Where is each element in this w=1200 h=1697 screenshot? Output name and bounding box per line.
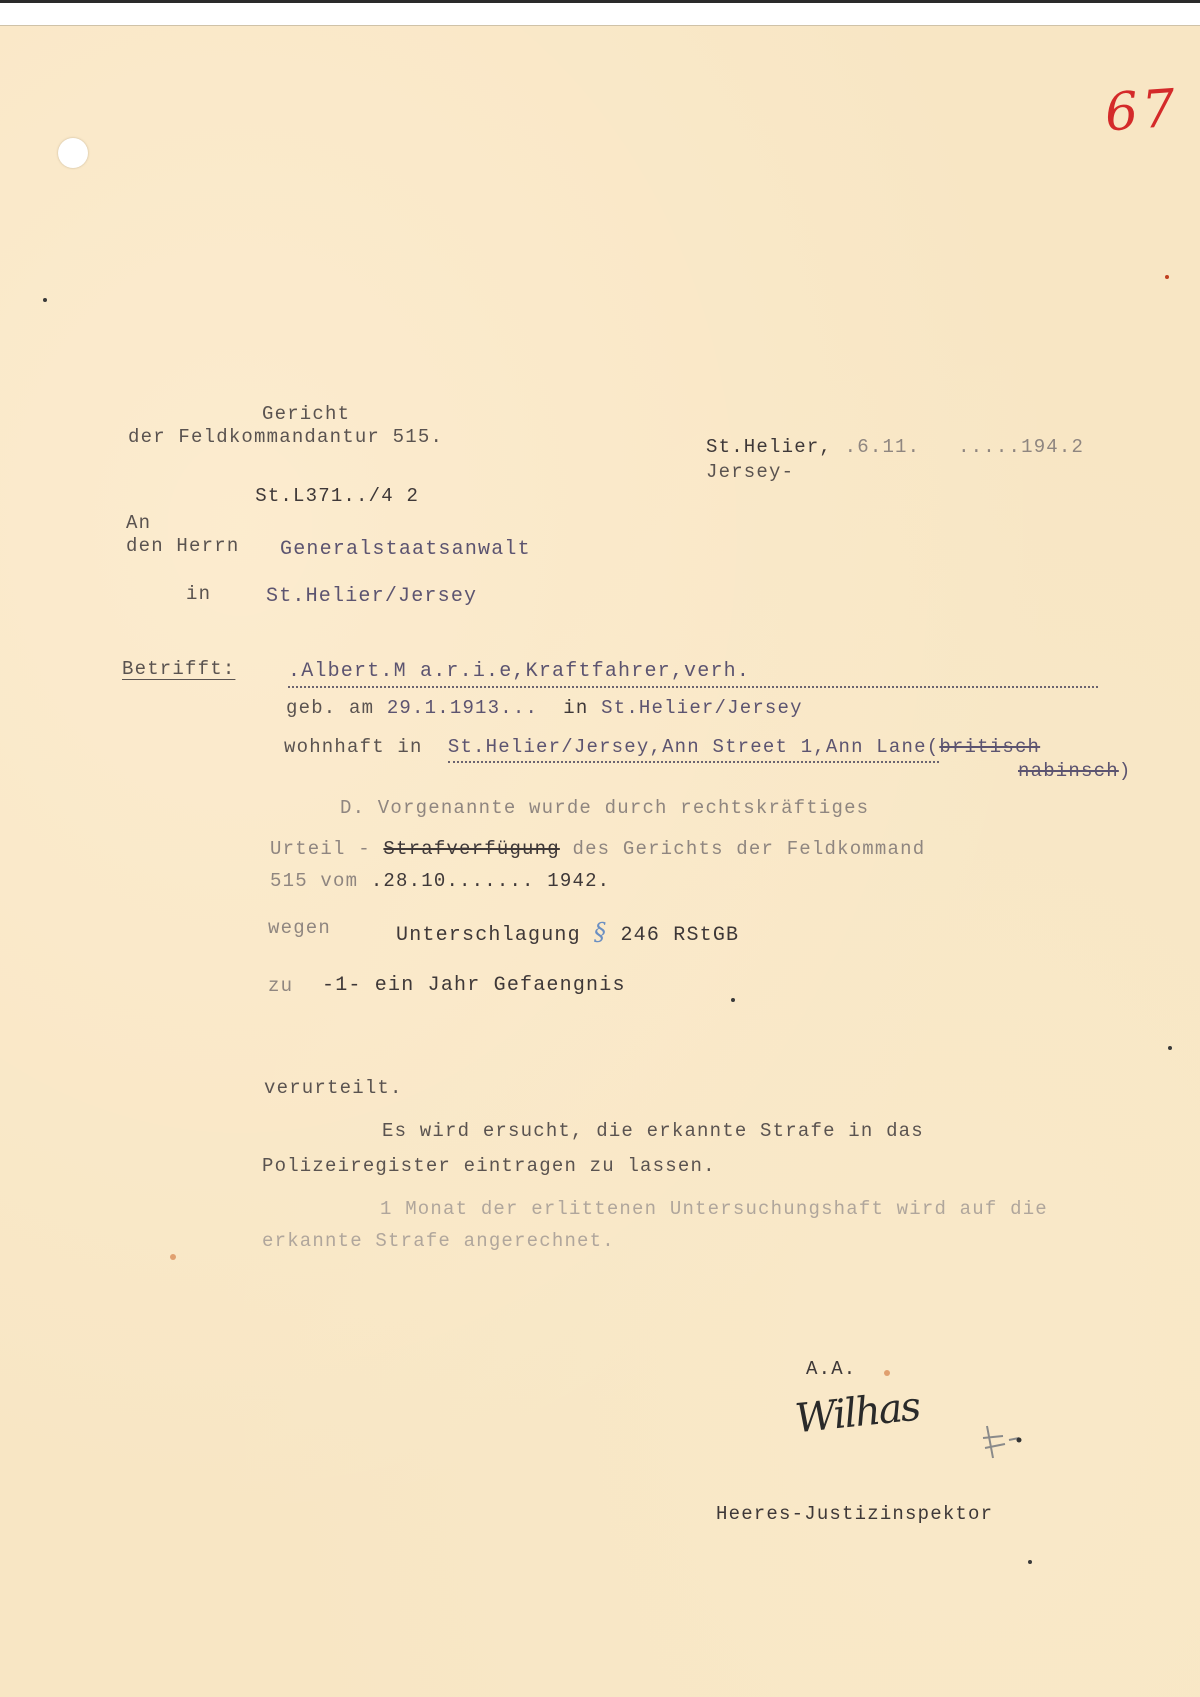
judgment-year: 1942.	[535, 870, 611, 892]
residence-struck-1: britisch	[939, 736, 1040, 758]
offense-text: Unterschlagung	[396, 924, 581, 947]
recipient-an: An	[126, 512, 151, 534]
date-day-month: .6.11.	[845, 436, 921, 458]
body-line2: Urteil - Strafverfügung des Gerichts der…	[270, 838, 925, 860]
residence-address: St.Helier/Jersey,Ann Street 1,Ann Lane(	[448, 736, 939, 763]
signatory-title: Heeres-Justizinspektor	[716, 1503, 993, 1525]
struck-strafverfuegung: Strafverfügung	[383, 838, 559, 860]
body-line3: 515 vom .28.10....... 1942.	[270, 870, 610, 892]
request-line1: Es wird ersucht, die erkannte Strafe in …	[382, 1120, 924, 1142]
date-year: 194.2	[1021, 436, 1084, 458]
born-date: 29.1.1913...	[387, 697, 538, 719]
folio-number: 67	[1103, 78, 1181, 143]
residence-label: wohnhaft in	[284, 736, 423, 758]
recipient-in-label: in	[186, 583, 211, 605]
born-in-label: in	[563, 697, 588, 719]
date-line: St.Helier, .6.11. .....194.2	[706, 436, 1084, 458]
court-name-line1: Gericht	[262, 403, 350, 425]
signature-aa: A.A.	[806, 1358, 856, 1380]
born-label: geb. am	[286, 697, 374, 719]
born-place: St.Helier/Jersey	[601, 697, 803, 719]
paper-speck	[731, 998, 735, 1002]
offense-row: Unterschlagung § 246 RStGB	[396, 918, 739, 947]
sentence-text: -1- ein Jahr Gefaengnis	[322, 974, 626, 997]
line2-prefix: Urteil -	[270, 838, 383, 860]
subject-label: Betrifft:	[122, 658, 235, 680]
place-line2: Jersey-	[706, 461, 794, 483]
judgment-date: .28.10.......	[371, 870, 535, 892]
born-row: geb. am 29.1.1913... in St.Helier/Jersey	[286, 697, 803, 719]
subject-name-line: .Albert.M a.r.i.e,Kraftfahrer,verh.	[288, 660, 1098, 688]
paper-speck	[170, 1254, 176, 1260]
statute-text: 246 RStGB	[620, 924, 739, 947]
recipient-den-herrn: den Herrn	[126, 535, 239, 557]
residence-struck-2: nabinsch	[1018, 760, 1119, 782]
paper-speck	[1028, 1560, 1032, 1564]
scan-top-edge	[0, 0, 1200, 3]
line3-prefix: 515 vom	[270, 870, 371, 892]
residence-close-paren: )	[1119, 760, 1132, 782]
credit-line1: 1 Monat der erlittenen Untersuchungshaft…	[380, 1198, 1048, 1220]
paper-speck	[43, 298, 47, 302]
place-text: St.Helier,	[706, 436, 832, 458]
court-name-line2: der Feldkommandantur 515.	[128, 426, 443, 448]
paragraph-sign: §	[594, 918, 607, 946]
date-dots: .....	[958, 436, 1021, 458]
body-line1: D. Vorgenannte wurde durch rechtskräftig…	[340, 797, 869, 819]
paper-speck	[884, 1370, 890, 1376]
reference-text: St.L371../4 2	[255, 485, 419, 507]
line2-suffix: des Gerichts der Feldkommand	[560, 838, 925, 860]
residence-line2: nabinsch)	[1018, 760, 1131, 782]
paper-speck	[1165, 275, 1169, 279]
request-line2: Polizeiregister eintragen zu lassen.	[262, 1155, 716, 1177]
reference-number: St.L371../4 2	[230, 463, 419, 507]
wegen-label: wegen	[268, 917, 331, 939]
paper-speck	[1168, 1046, 1172, 1050]
zu-label: zu	[268, 975, 293, 997]
recipient-location: St.Helier/Jersey	[266, 585, 477, 608]
credit-line2: erkannte Strafe angerechnet.	[262, 1230, 615, 1252]
punch-hole	[58, 138, 88, 168]
faint-initials-scribble	[975, 1418, 1025, 1468]
verurteilt-text: verurteilt.	[264, 1077, 403, 1099]
recipient-title: Generalstaatsanwalt	[280, 538, 531, 561]
residence-row: wohnhaft in St.Helier/Jersey,Ann Street …	[284, 736, 1040, 758]
